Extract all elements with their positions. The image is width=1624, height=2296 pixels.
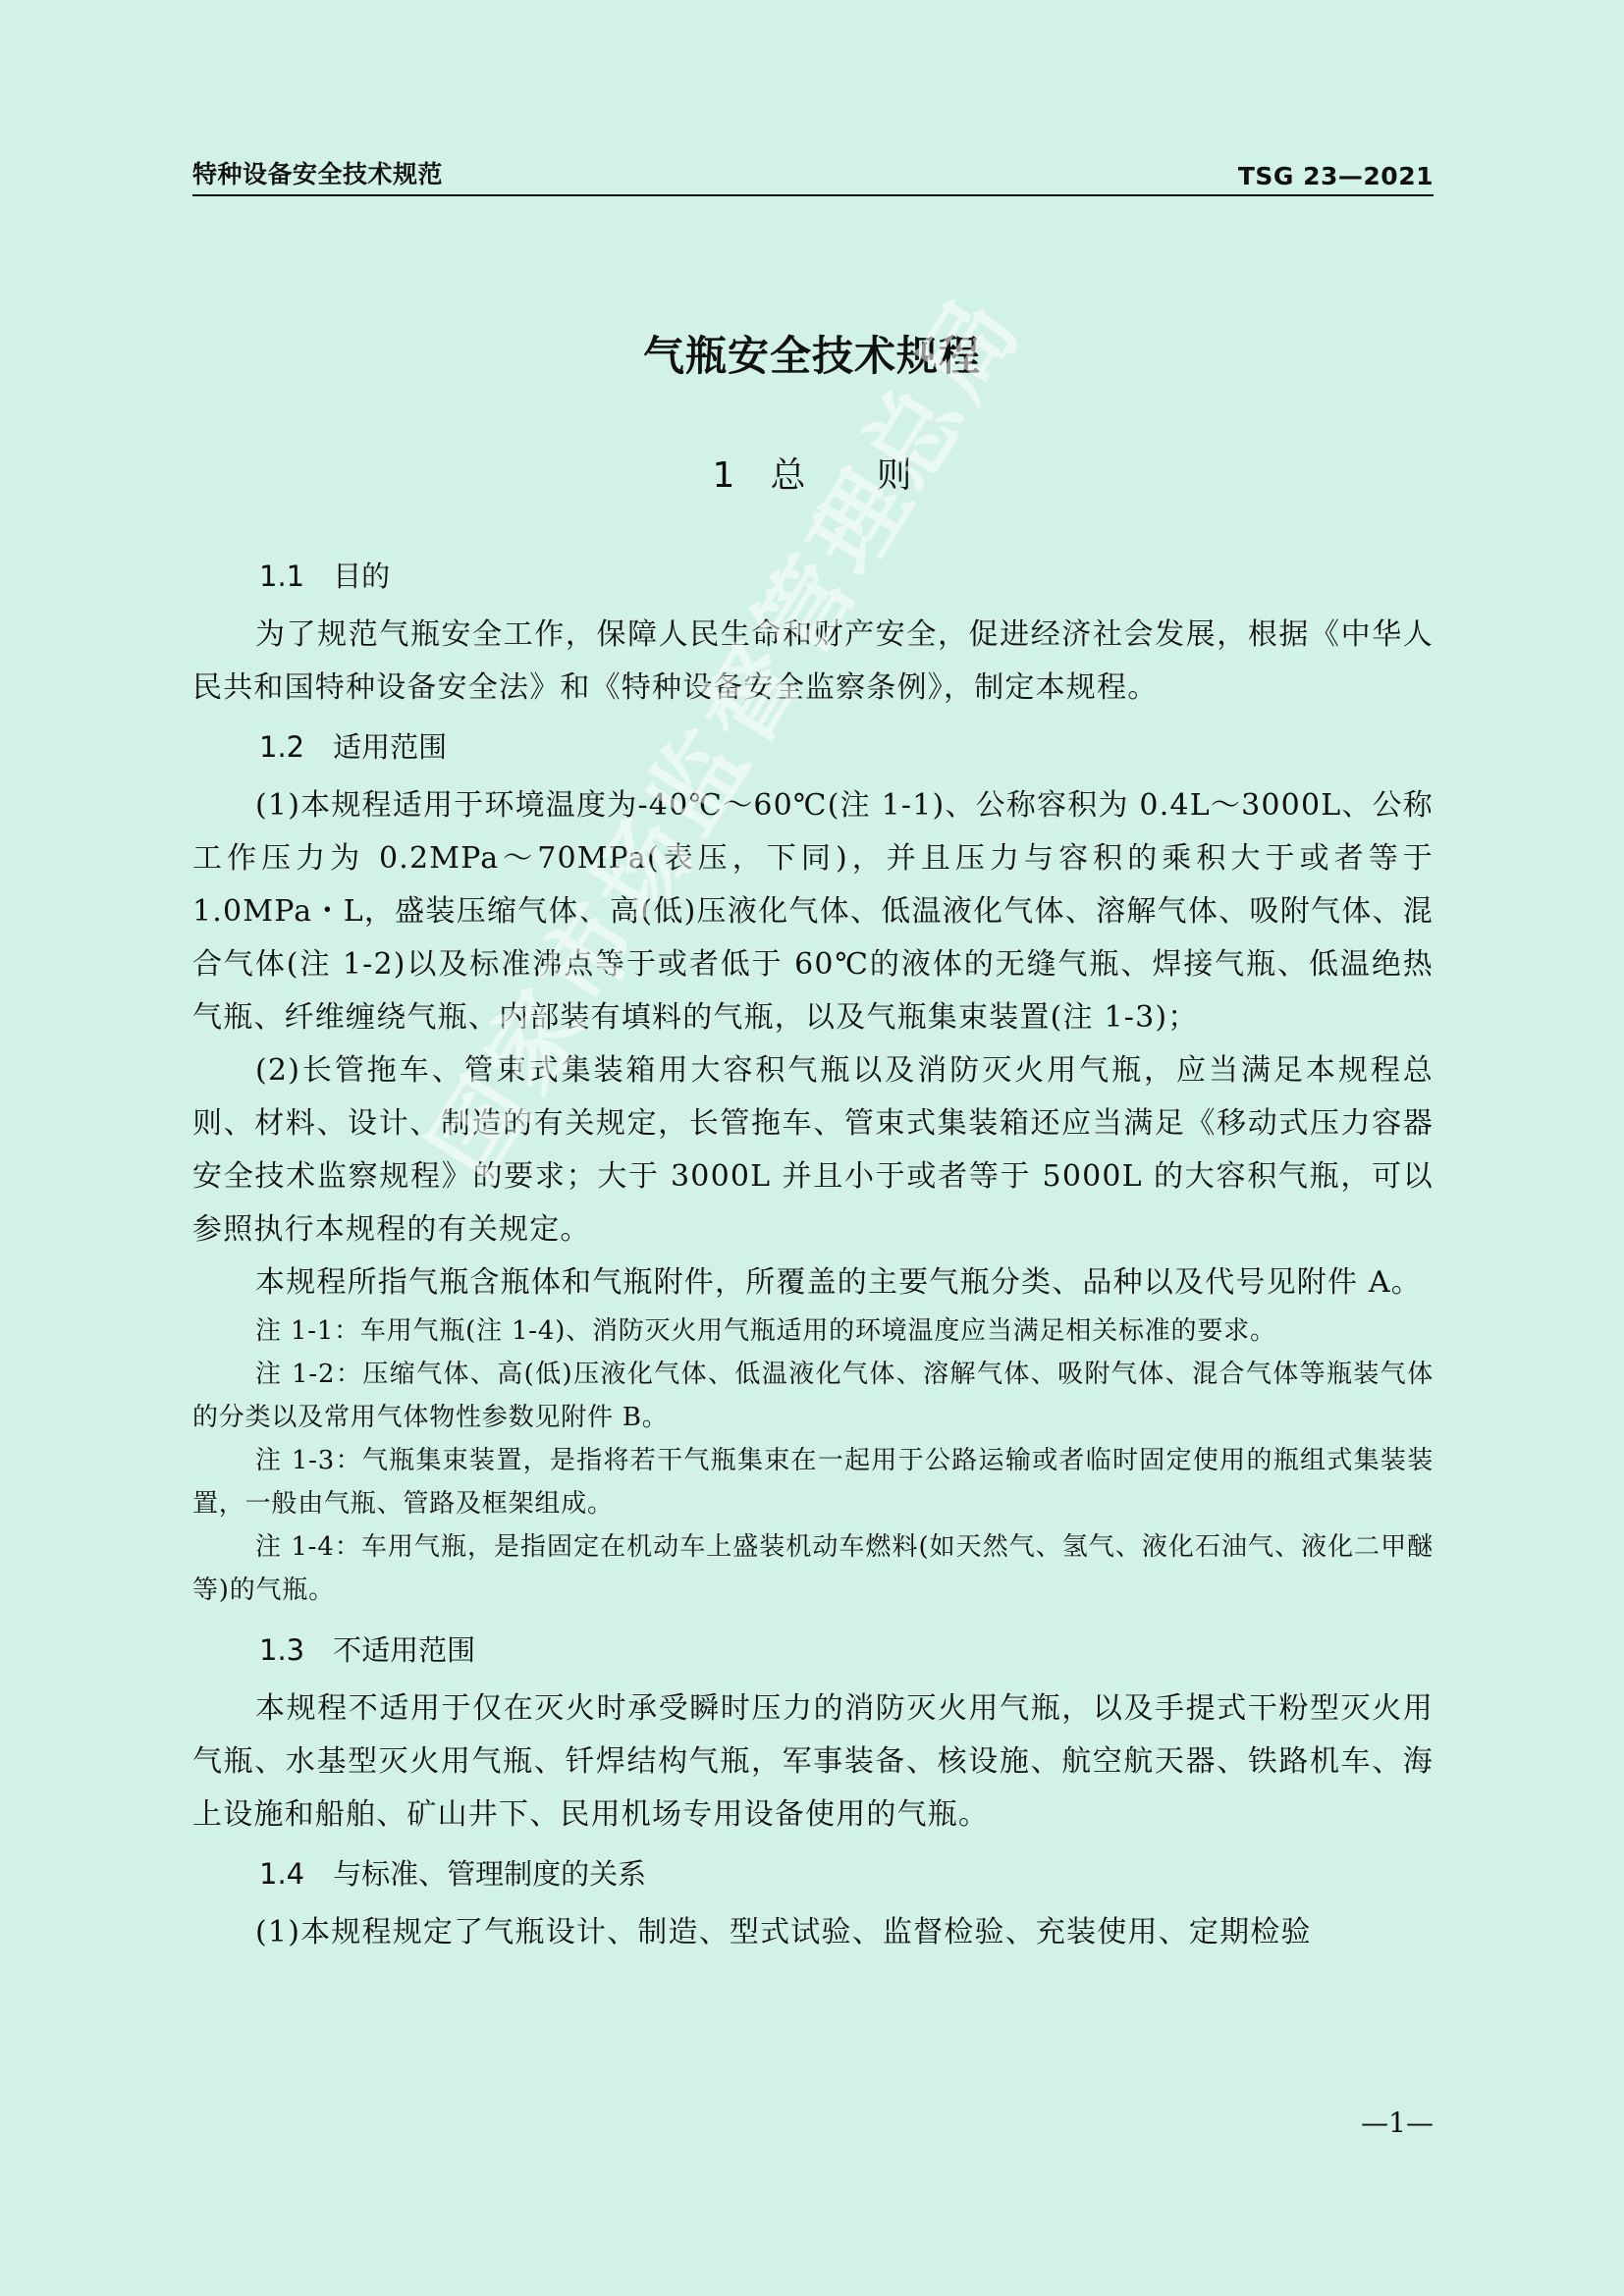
footnote: 注 1-4：车用气瓶，是指固定在机动车上盛装机动车燃料(如天然气、氢气、液化石油… xyxy=(192,1525,1434,1612)
section-heading-1-2: 1.2 适用范围 xyxy=(192,721,1434,774)
chapter-heading: 1 总 则 xyxy=(0,448,1624,498)
document-page: 特种设备安全技术规范 TSG 23—2021 气瓶安全技术规程 1 总 则 1.… xyxy=(0,0,1624,2296)
footnote: 注 1-3：气瓶集束装置，是指将若干气瓶集束在一起用于公路运输或者临时固定使用的… xyxy=(192,1439,1434,1525)
paragraph: (1)本规程规定了气瓶设计、制造、型式试验、监督检验、充装使用、定期检验 xyxy=(192,1906,1434,1959)
footnote: 注 1-1：车用气瓶(注 1-4)、消防灭火用气瓶适用的环境温度应当满足相关标准… xyxy=(192,1309,1434,1353)
section-heading-1-1: 1.1 目的 xyxy=(192,550,1434,603)
paragraph: 为了规范气瓶安全工作，保障人民生命和财产安全，促进经济社会发展，根据《中华人民共… xyxy=(192,609,1434,715)
header-series-name: 特种设备安全技术规范 xyxy=(192,155,443,190)
document-title: 气瓶安全技术规程 xyxy=(0,324,1624,383)
section-heading-1-4: 1.4 与标准、管理制度的关系 xyxy=(192,1847,1434,1900)
paragraph: 本规程所指气瓶含瓶体和气瓶附件，所覆盖的主要气瓶分类、品种以及代号见附件 A。 xyxy=(192,1256,1434,1309)
page-number: —1— xyxy=(1361,2107,1434,2139)
header-standard-code: TSG 23—2021 xyxy=(1238,162,1434,190)
section-heading-1-3: 1.3 不适用范围 xyxy=(192,1624,1434,1677)
paragraph: (1)本规程适用于环境温度为-40℃～60℃(注 1-1)、公称容积为 0.4L… xyxy=(192,779,1434,1044)
paragraph: (2)长管拖车、管束式集装箱用大容积气瓶以及消防灭火用气瓶，应当满足本规程总则、… xyxy=(192,1044,1434,1256)
paragraph: 本规程不适用于仅在灭火时承受瞬时压力的消防灭火用气瓶，以及手提式干粉型灭火用气瓶… xyxy=(192,1682,1434,1842)
document-body: 1.1 目的 为了规范气瓶安全工作，保障人民生命和财产安全，促进经济社会发展，根… xyxy=(192,550,1434,1959)
running-header: 特种设备安全技术规范 TSG 23—2021 xyxy=(192,155,1434,190)
header-divider xyxy=(192,194,1434,196)
footnote: 注 1-2：压缩气体、高(低)压液化气体、低温液化气体、溶解气体、吸附气体、混合… xyxy=(192,1353,1434,1439)
